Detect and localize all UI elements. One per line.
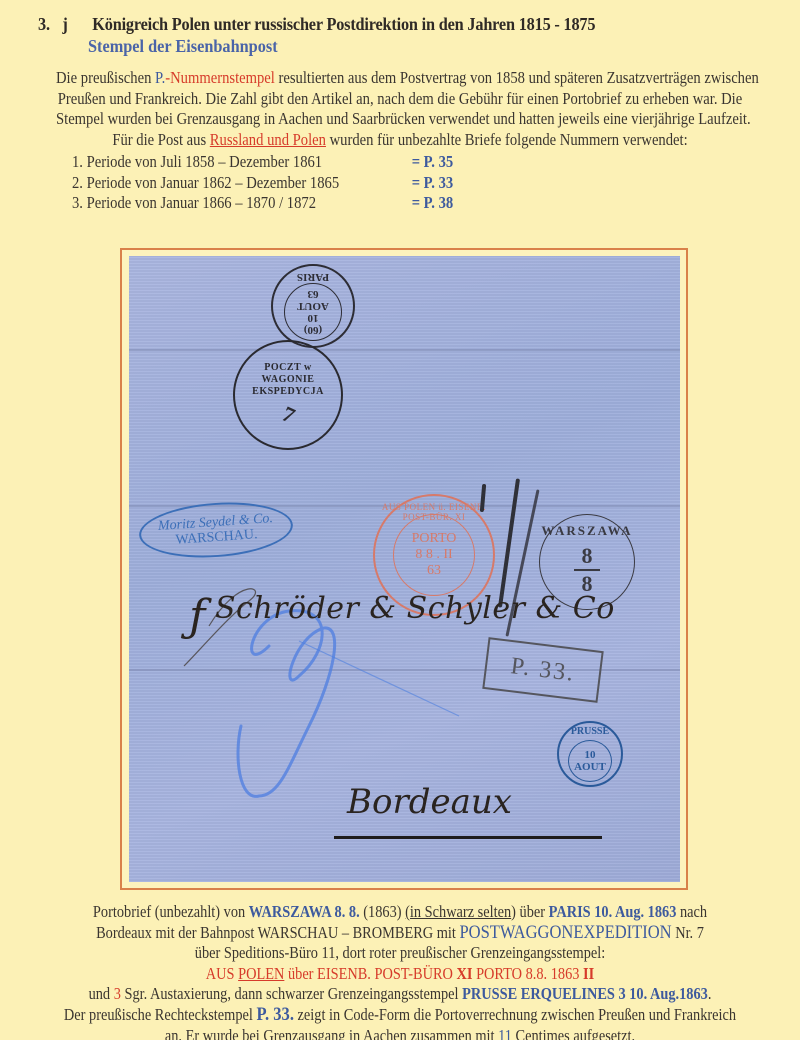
period-label: 3. Periode von Januar 1866 – 1870 / 1872 xyxy=(72,193,412,214)
caption-line-2: Bordeaux mit der Bahnpost WARSCHAU – BRO… xyxy=(52,923,748,944)
caption-text: ) über xyxy=(511,902,548,921)
paris-postmark-inner: (60) 10 AOUT 63 xyxy=(284,283,342,341)
prusse-day: 10 xyxy=(569,749,611,761)
intro-text: wurden für unbezahlte Briefe folgende Nu… xyxy=(326,130,688,149)
caption-text: Der preußische Rechteckstempel xyxy=(64,1005,257,1024)
caption-highlight: POSTWAGGONEXPEDITION xyxy=(459,922,671,943)
prusse-month: AOUT xyxy=(569,761,611,773)
caption-highlight: II xyxy=(583,964,594,983)
caption-line-7: an. Er wurde bei Grenzausgang in Aachen … xyxy=(52,1026,748,1040)
paris-postmark: (60) 10 AOUT 63 PARIS xyxy=(271,264,355,348)
caption-highlight: WARSZAWA 8. 8. xyxy=(249,902,360,921)
sender-oval-stamp: Moritz Seydel & Co. WARSCHAU. xyxy=(137,498,294,563)
section-letter: j xyxy=(62,14,88,35)
period-item: 2. Periode von Januar 1862 – Dezember 18… xyxy=(72,173,453,194)
caption-text: über EISENB. POST-BÜRO xyxy=(284,964,456,983)
porto-inner: PORTO 8 8 . II 63 xyxy=(393,514,475,596)
intro-p-highlight: P. xyxy=(155,68,165,87)
page-subtitle: Stempel der Eisenbahnpost xyxy=(88,36,599,57)
caption-line-1: Portobrief (unbezahlt) von WARSZAWA 8. 8… xyxy=(52,902,748,923)
intro-paragraph: Die preußischen P.-Nummernstempel result… xyxy=(0,68,800,150)
letter-cover-image: (60) 10 AOUT 63 PARIS POCZT w WAGONIE EK… xyxy=(129,256,680,882)
caption-highlight: PRUSSE ERQUELINES 3 10. Aug.1863 xyxy=(462,984,708,1003)
caption-underlined: (in Schwarz selten xyxy=(405,902,511,921)
paris-day: 10 xyxy=(308,312,319,324)
postwaggon-number: 7 xyxy=(278,401,299,429)
caption-text: an. Er wurde bei Grenzausgang in Aachen … xyxy=(165,1026,498,1040)
warszawa-city: WARSZAWA xyxy=(540,523,634,539)
period-list: 1. Periode von Juli 1858 – Dezember 1861… xyxy=(72,152,515,214)
caption-text: nach xyxy=(676,902,707,921)
caption-highlight: PARIS 10. Aug. 1863 xyxy=(549,902,677,921)
postwaggon-expedition-stamp: POCZT w WAGONIE EKSPEDYCJA 7 xyxy=(233,340,343,450)
prusse-erquelines-stamp: PRUSSE 10 AOUT xyxy=(557,721,623,787)
caption-text: Sgr. Austaxierung, dann schwarzer Grenze… xyxy=(121,984,462,1003)
porto-ring-text: AUS POLEN ü. EISENB. POST-BÜR. XI xyxy=(375,502,493,522)
page-title: 3. j Königreich Polen unter russischer P… xyxy=(38,14,595,35)
caption-line-4: AUS POLEN über EISENB. POST-BÜRO XI PORT… xyxy=(52,964,748,985)
caption-text: Centimes aufgesetzt. xyxy=(512,1026,635,1040)
caption-text: . xyxy=(708,984,712,1003)
paris-city: PARIS xyxy=(297,271,329,283)
prusse-inner: 10 AOUT xyxy=(568,740,612,782)
address-recipient: Schröder & Schyler & Co xyxy=(215,591,615,626)
paris-month: AOUT xyxy=(297,300,329,312)
intro-text: Für die Post aus xyxy=(112,130,209,149)
period-item: 1. Periode von Juli 1858 – Dezember 1861… xyxy=(72,152,453,173)
porto-date: 8 8 . II xyxy=(415,547,452,563)
caption-text: AUS xyxy=(206,964,238,983)
period-label: 1. Periode von Juli 1858 – Dezember 1861 xyxy=(72,152,412,173)
warszawa-day: 8 xyxy=(582,545,593,567)
address-underline xyxy=(334,836,602,839)
fold-line xyxy=(129,349,680,351)
letter-frame: (60) 10 AOUT 63 PARIS POCZT w WAGONIE EK… xyxy=(120,248,688,890)
caption-text: (1863) xyxy=(360,902,405,921)
intro-line-3: Stempel wurden bei Grenzausgang in Aache… xyxy=(56,109,744,130)
period-item: 3. Periode von Januar 1866 – 1870 / 1872… xyxy=(72,193,453,214)
caption-highlight: 11 xyxy=(498,1026,512,1040)
caption-text: zeigt in Code-Form die Portoverrechnung … xyxy=(294,1005,736,1024)
intro-line-2: Preußen und Frankreich. Die Zahl gibt de… xyxy=(56,89,744,110)
period-value: = P. 38 xyxy=(412,193,454,214)
caption-highlight: XI xyxy=(457,964,473,983)
caption-line-3: über Speditions-Büro 11, dort roter preu… xyxy=(52,943,748,964)
intro-text: Die preußischen xyxy=(56,68,155,87)
caption-highlight: P. 33. xyxy=(256,1004,294,1025)
caption-paragraph: Portobrief (unbezahlt) von WARSZAWA 8. 8… xyxy=(0,902,800,1040)
caption-underlined: POLEN xyxy=(238,964,284,983)
postwaggon-ring-text: POCZT w WAGONIE EKSPEDYCJA xyxy=(240,362,336,398)
period-value: = P. 33 xyxy=(412,173,454,194)
title-text: Königreich Polen unter russischer Postdi… xyxy=(92,14,595,34)
intro-stamp-term: -Nummernstempel xyxy=(165,68,275,87)
caption-text: PORTO 8.8. 1863 xyxy=(472,964,583,983)
intro-line-1: Die preußischen P.-Nummernstempel result… xyxy=(56,68,744,89)
porto-label: PORTO xyxy=(412,531,457,547)
caption-line-6: Der preußische Rechteckstempel P. 33. ze… xyxy=(52,1005,748,1026)
russland-polen-link[interactable]: Russland und Polen xyxy=(210,130,326,149)
paris-top: (60) xyxy=(304,324,322,336)
intro-text: resultierten aus dem Postvertrag von 185… xyxy=(275,68,759,87)
prusse-top: PRUSSE xyxy=(571,726,609,738)
p33-rectangle-stamp: P. 33. xyxy=(482,637,603,703)
period-label: 2. Periode von Januar 1862 – Dezember 18… xyxy=(72,173,412,194)
period-value: = P. 35 xyxy=(412,152,454,173)
paris-year: 63 xyxy=(308,288,319,300)
caption-text: Bordeaux mit der Bahnpost WARSCHAU – BRO… xyxy=(96,923,459,942)
porto-year: 63 xyxy=(427,563,441,579)
page-header: 3. j Königreich Polen unter russischer P… xyxy=(38,14,637,57)
section-number: 3. xyxy=(38,14,58,35)
caption-text: und xyxy=(89,984,114,1003)
address-prefix: ƒ xyxy=(189,591,205,642)
caption-text: Nr. 7 xyxy=(672,923,704,942)
address-city: Bordeaux xyxy=(347,782,512,822)
caption-line-5: und 3 Sgr. Austaxierung, dann schwarzer … xyxy=(52,984,748,1005)
intro-line-4: Für die Post aus Russland und Polen wurd… xyxy=(56,130,744,151)
caption-text: Portobrief (unbezahlt) von xyxy=(93,902,249,921)
